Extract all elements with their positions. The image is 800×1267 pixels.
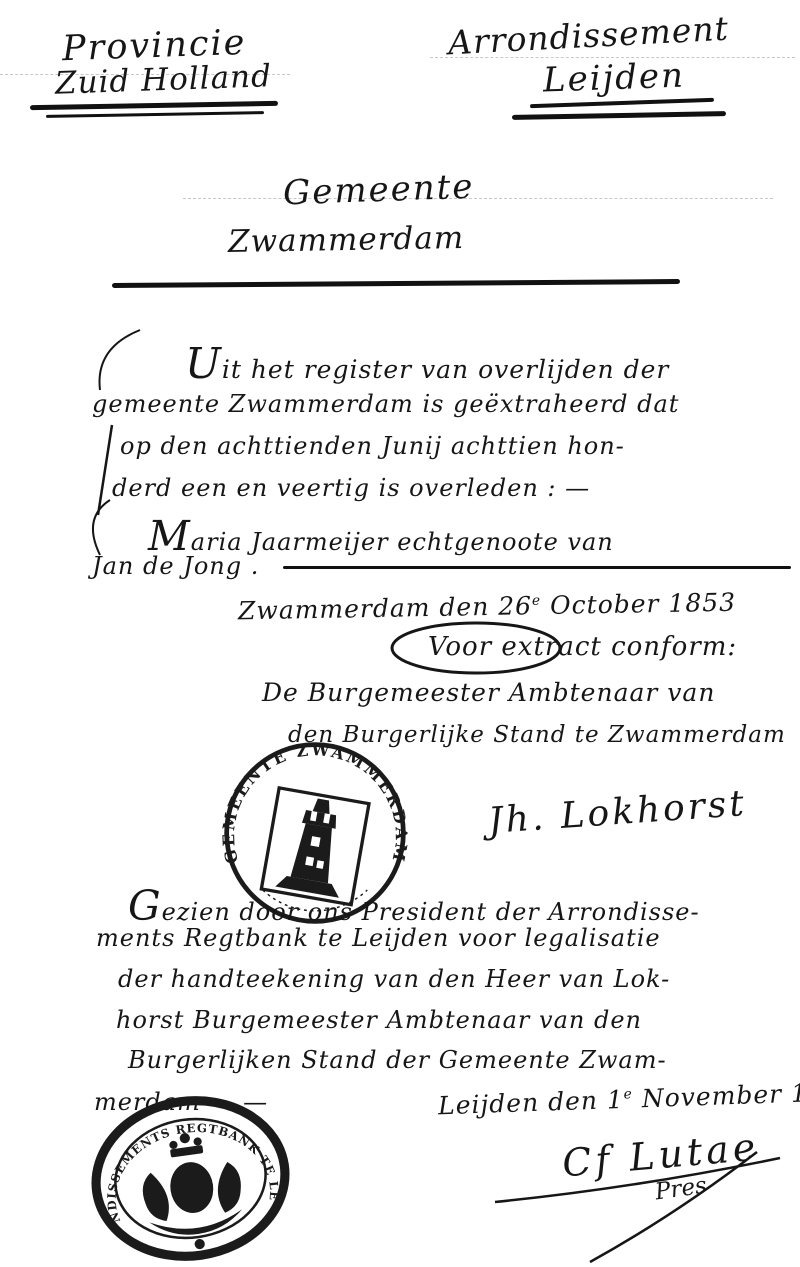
scan-artifact-line xyxy=(183,198,773,199)
legalisation-line-4: horst Burgemeester Ambtenaar van den xyxy=(116,1006,642,1034)
legalisation-line-1: Gezien door ons President der Arrondisse… xyxy=(128,882,700,930)
signature-flourish xyxy=(495,1140,795,1265)
arrondissement-underline-2 xyxy=(512,111,726,120)
municipality-title: Gemeente xyxy=(282,167,475,214)
legalisation-dateline: Leijden den 1e November 1853 xyxy=(438,1077,800,1121)
province-name: Zuid Holland xyxy=(54,58,272,102)
document-page: Provincie Zuid Holland Arrondissement Le… xyxy=(0,0,800,1267)
extract-line-2: gemeente Zwammerdam is geëxtraheerd dat xyxy=(92,390,679,418)
legalisation-dateline-place: Leijden den 1 xyxy=(438,1085,625,1120)
extract-line-1: Uit het register van overlijden der xyxy=(185,340,669,389)
province-underline-2 xyxy=(46,111,264,118)
conform-line: Voor extract conform: xyxy=(428,632,737,662)
court-seal: ARRONDISSEMENTS REGTBANK TE LEYDEN xyxy=(88,1096,293,1261)
officiant-line-1: De Burgemeester Ambtenaar van xyxy=(262,678,715,707)
arrondissement-name: Leijden xyxy=(542,56,685,101)
extract-closing-rule xyxy=(283,566,791,569)
extract-line-6: Jan de Jong . xyxy=(92,552,259,580)
legalisation-line-5: Burgerlijken Stand der Gemeente Zwam- xyxy=(128,1046,667,1074)
extract-line-3: op den achttienden Junij achttien hon- xyxy=(120,432,625,460)
legalisation-line-2: ments Regtbank te Leijden voor legalisat… xyxy=(96,924,661,952)
legalisation-dateline-date: November 1853 xyxy=(632,1077,800,1114)
municipality-heavy-rule xyxy=(112,279,680,288)
province-underline-1 xyxy=(30,101,278,110)
legalisation-line-3: der handteekening van den Heer van Lok- xyxy=(118,965,670,993)
extract-dateline-date: October 1853 xyxy=(541,588,736,620)
extract-line-4: derd een en veertig is overleden : — xyxy=(112,474,590,502)
municipality-name: Zwammerdam xyxy=(228,220,465,260)
arrondissement-title: Arrondissement xyxy=(447,9,730,63)
mayor-signature: Jh. Lokhorst xyxy=(487,783,748,842)
